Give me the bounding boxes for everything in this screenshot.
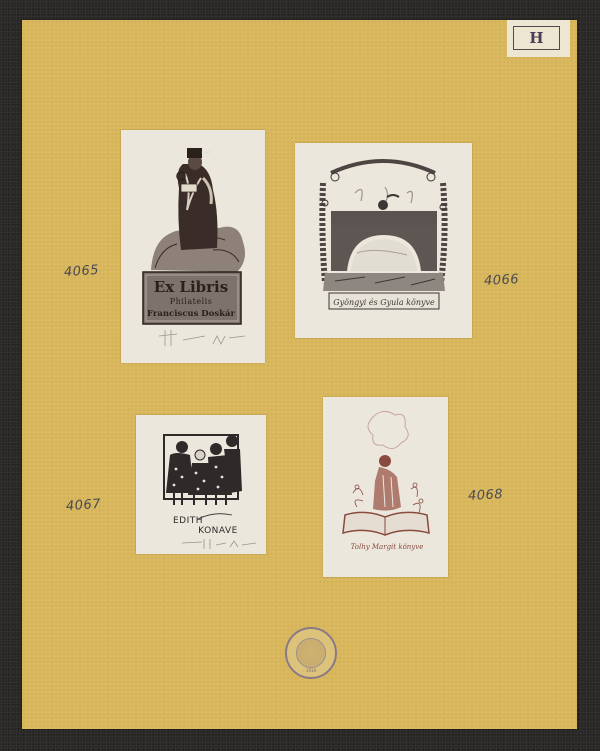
museum-seal-stamp: · 1918 · (285, 627, 337, 679)
inventory-number-4068: 4068 (468, 487, 504, 504)
inventory-number-4065: 4065 (64, 263, 100, 280)
bookplate-4066-caption: Gyöngyi és Gyula könyve (333, 298, 435, 307)
bridge-illustration-icon: Gyöngyi és Gyula könyve (295, 143, 472, 338)
scholar-illustration-icon: Ex Libris Philatelis Franciscus Doskár (121, 130, 265, 363)
mount-label: H (513, 26, 560, 50)
bookplate-4067[interactable]: EDITH KONAVE (136, 415, 266, 554)
bookplate-4068-caption: Tolhy Margit könyve (351, 543, 424, 551)
mount-label-tag: H (507, 20, 570, 57)
bookplate-4067-line1: EDITH (173, 516, 203, 526)
bookplate-4065-heading: Ex Libris (154, 278, 228, 296)
mount-board: H 4065 4066 4067 4068 Ex Libris Philatel… (22, 20, 577, 729)
bookplate-4065[interactable]: Ex Libris Philatelis Franciscus Doskár (121, 130, 265, 363)
bookplate-4068[interactable]: Tolhy Margit könyve (323, 397, 448, 577)
children-reading-illustration-icon: EDITH KONAVE (136, 415, 266, 554)
inventory-number-4067: 4067 (66, 497, 102, 514)
seal-text: · 1918 · (287, 668, 335, 673)
bookplate-4067-line2: KONAVE (198, 526, 238, 536)
bookplate-4065-line3: Franciscus Doskár (147, 308, 236, 319)
bookplate-4066[interactable]: Gyöngyi és Gyula könyve (295, 143, 472, 338)
bookplate-4065-line2: Philatelis (170, 297, 213, 306)
seal-emblem-icon (296, 638, 326, 668)
inventory-number-4066: 4066 (484, 272, 520, 289)
girl-on-book-illustration-icon: Tolhy Margit könyve (323, 397, 448, 577)
